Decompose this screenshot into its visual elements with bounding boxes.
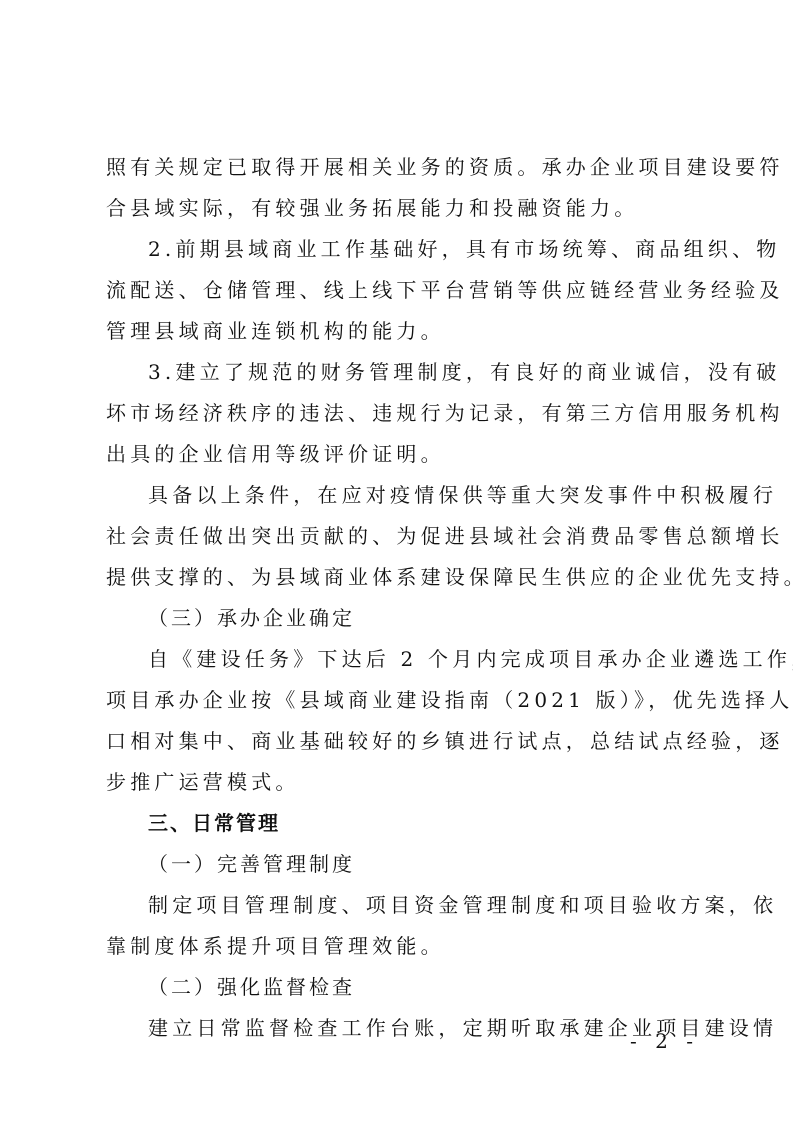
body-line: 社会责任做出突出贡献的、为促进县域社会消费品零售总额增长 <box>106 524 691 548</box>
section-subheading: （三）承办企业确定 <box>148 606 691 630</box>
paragraph-start-line: 建立日常监督检查工作台账，定期听取承建企业项目建设情 <box>148 1016 691 1040</box>
body-line: 口相对集中、商业基础较好的乡镇进行试点，总结试点经验，逐 <box>106 729 691 753</box>
paragraph-start-line: 2.前期县域商业工作基础好，具有市场统筹、商品组织、物 <box>148 237 691 261</box>
section-subheading: （二）强化监督检查 <box>148 975 691 999</box>
paragraph-start-line: 具备以上条件，在应对疫情保供等重大突发事件中积极履行 <box>148 483 691 507</box>
body-line: 管理县域商业连锁机构的能力。 <box>106 319 691 343</box>
body-line: 项目承办企业按《县域商业建设指南（2021 版）》，优先选择人 <box>106 688 691 712</box>
body-line: 流配送、仓储管理、线上线下平台营销等供应链经营业务经验及 <box>106 278 691 302</box>
section-subheading: （一）完善管理制度 <box>148 852 691 876</box>
body-line: 出具的企业信用等级评价证明。 <box>106 442 691 466</box>
paragraph-start-line: 3.建立了规范的财务管理制度，有良好的商业诚信，没有破 <box>148 360 691 384</box>
body-line: 照有关规定已取得开展相关业务的资质。承办企业项目建设要符 <box>106 155 691 179</box>
section-heading: 三、日常管理 <box>148 811 691 835</box>
body-line: 合县域实际，有较强业务拓展能力和投融资能力。 <box>106 196 691 220</box>
paragraph-start-line: 制定项目管理制度、项目资金管理制度和项目验收方案，依 <box>148 893 691 917</box>
body-line: 步推广运营模式。 <box>106 770 691 794</box>
body-line: 靠制度体系提升项目管理效能。 <box>106 934 691 958</box>
body-line: 坏市场经济秩序的违法、违规行为记录，有第三方信用服务机构 <box>106 401 691 425</box>
paragraph-start-line: 自《建设任务》下达后 2 个月内完成项目承办企业遴选工作， <box>148 647 691 671</box>
page-number: - 2 - <box>630 1029 699 1053</box>
body-line: 提供支撑的、为县域商业体系建设保障民生供应的企业优先支持。 <box>106 565 691 589</box>
document-page: 照有关规定已取得开展相关业务的资质。承办企业项目建设要符 合县域实际，有较强业务… <box>0 0 793 1122</box>
